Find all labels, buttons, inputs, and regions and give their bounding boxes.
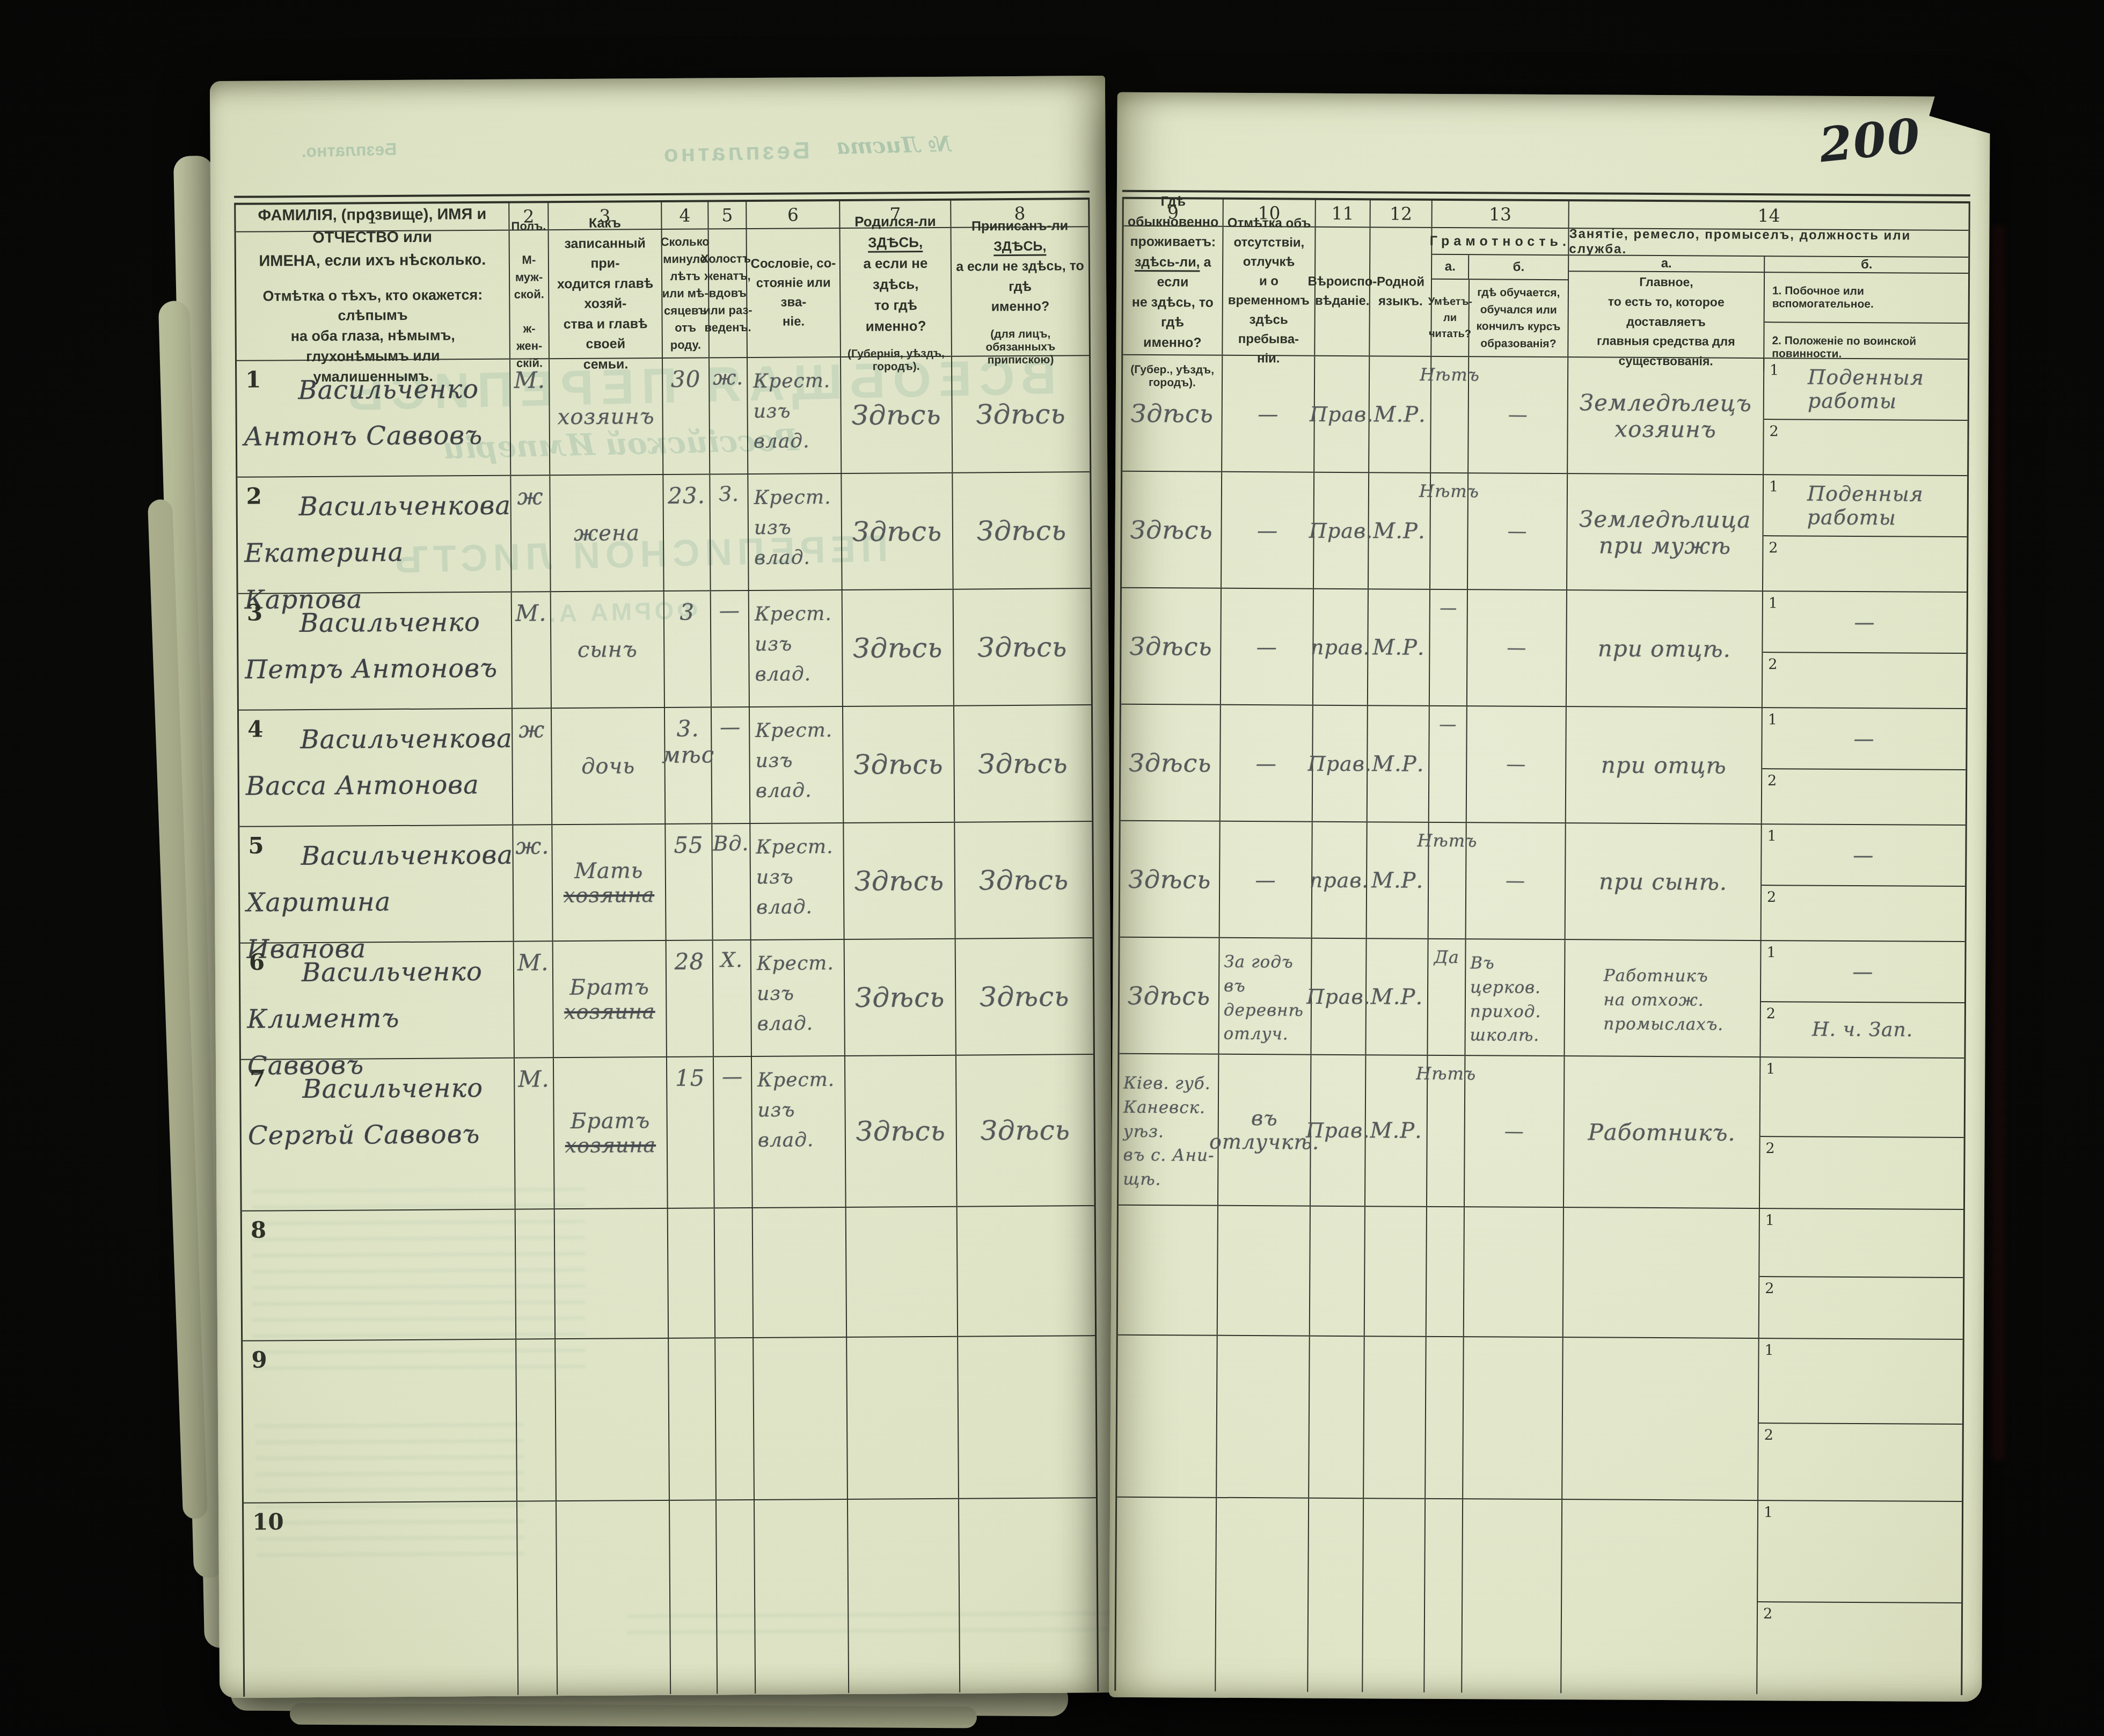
row-2-sub1-label: 1: [1769, 478, 1778, 495]
row-9-sub1-label: 1: [1765, 1342, 1774, 1359]
row-3-school: —: [1467, 590, 1567, 706]
row-8-religion: [1310, 1207, 1365, 1336]
row-8-sex: [516, 1209, 556, 1338]
row-3-number: 3: [247, 600, 263, 626]
row-5-sub1-label: 1: [1767, 828, 1777, 844]
row-5-registered: Здѣсь: [955, 822, 1092, 938]
row-9-resides: [1117, 1336, 1218, 1497]
row-1-occupation: Земледѣлецъ хозяинъ: [1568, 358, 1764, 474]
census-row-3-left: 3Васильченко Петръ АнтоновъМ.сынъ3—Крест…: [238, 589, 1091, 711]
census-row-9-right: 12: [1117, 1336, 1963, 1502]
census-table-left: 1 2 3 4 5 6 7 8 ФАМИЛІЯ, (прозвище), ИМЯ…: [234, 199, 1099, 1697]
row-1-absence: —: [1222, 356, 1315, 472]
row-5-side1-cell: 1—: [1762, 825, 1966, 887]
row-9-born: [847, 1337, 959, 1499]
row-7-absence: въ отлучкѣ.: [1218, 1055, 1311, 1206]
census-row-4-right: Здѣсь—Прав.М.Р.——при отцѣ1—2: [1121, 705, 1966, 826]
row-2-name-cell: 2Васильченкова Екатерина Карпова: [237, 476, 512, 593]
row-6-sub1-label: 1: [1766, 944, 1776, 961]
row-9-reads: [1426, 1337, 1464, 1498]
row-6-language: М.Р.: [1366, 939, 1428, 1055]
census-row-3-right: Здѣсь—прав.М.Р.——при отцѣ.1—2: [1121, 588, 1967, 709]
row-5-number: 5: [248, 833, 264, 859]
census-row-2-right: Здѣсь—Прав.М.Р.Нѣтъ—Земледѣлица при мужѣ…: [1122, 472, 1967, 593]
row-4-absence: —: [1221, 705, 1313, 821]
row-9-registered: [958, 1336, 1096, 1498]
row-10-born: [848, 1499, 960, 1693]
row-7-age: 15: [667, 1057, 715, 1208]
right-page: 200 9 10 11 12 13 14 Гдѣ обыкновенно про…: [1109, 92, 1990, 1702]
row-2-religion: Прав.: [1314, 473, 1369, 589]
row-4-born: Здѣсь: [843, 706, 955, 822]
col-3-header: Какъ записанный при- ходится главѣ хозяй…: [549, 230, 663, 358]
row-2-reads: Нѣтъ: [1430, 473, 1469, 589]
col-14b-header: 1. Побочное или вспомогательное. 2. Поло…: [1764, 273, 1968, 373]
row-4-side2-cell: 2: [1762, 769, 1966, 825]
row-8-side1-cell: 1: [1759, 1209, 1963, 1278]
row-5-age: 55: [666, 824, 713, 940]
row-10-relation: [557, 1501, 671, 1695]
col-11-header: Вѣроиспо- вѣданіе.: [1315, 228, 1370, 356]
row-9-estate: [754, 1338, 848, 1499]
row-3-religion: прав.: [1313, 589, 1369, 705]
row-7-sub1-label: 1: [1766, 1061, 1775, 1077]
column-headers-right: Гдѣ обыкновенно проживаетъ: здѣсь-ли, а …: [1123, 227, 1968, 360]
col-13b-header: гдѣ обучается, обучался или кончилъ курс…: [1469, 280, 1568, 356]
row-6-estate: Крест. изъ влад.: [751, 940, 845, 1056]
col-14b1-header: 1. Побочное или вспомогательное.: [1765, 273, 1968, 324]
col-14a-label: а.: [1569, 256, 1765, 272]
row-9-name-cell: 9: [243, 1340, 517, 1502]
col-10-header: Отмѣтка объ отсутствіи, отлучкѣ и о врем…: [1223, 227, 1316, 355]
row-10-sub1-label: 1: [1764, 1504, 1773, 1521]
col-14b-label: б.: [1765, 257, 1968, 273]
row-1-side-occupation: 1Поденныя работы2: [1764, 359, 1968, 475]
row-1-sub2-label: 2: [1769, 423, 1778, 440]
row-9-sub2-label: 2: [1764, 1427, 1773, 1443]
row-1-side2-cell: 2: [1764, 420, 1968, 475]
col-14a-header: Главное, то есть то, которое доставляетъ…: [1568, 272, 1765, 371]
bleedthrough-text: № Листа: [836, 132, 952, 159]
row-4-school: —: [1467, 706, 1567, 822]
census-row-5-left: 5Васильченкова Харитина Ивановаж.Матьхоз…: [239, 822, 1092, 944]
row-1-born: Здѣсь: [841, 357, 953, 473]
col-5-number: 5: [708, 201, 747, 228]
row-2-number: 2: [246, 483, 262, 509]
row-9-number: 9: [251, 1347, 267, 1373]
row-2-sex: ж: [511, 476, 551, 591]
row-8-school: [1464, 1207, 1564, 1337]
row-3-sub2-label: 2: [1768, 656, 1777, 673]
row-2-relation: жена: [550, 475, 664, 591]
row-5-religion: прав.: [1312, 822, 1368, 938]
row-7-side-occupation: 12: [1760, 1057, 1964, 1209]
row-6-religion: Прав.: [1311, 939, 1367, 1055]
row-1-relation: хозяинъ: [550, 359, 663, 475]
row-3-language: М.Р.: [1368, 589, 1430, 705]
row-6-name-cell: 6Васильченко Климентъ Саввовъ: [240, 942, 515, 1059]
row-8-registered: [958, 1206, 1095, 1336]
row-4-reads: —: [1429, 706, 1467, 822]
row-8-estate: [753, 1208, 847, 1337]
row-7-occupation: Работникъ.: [1564, 1056, 1760, 1208]
row-3-reads: —: [1430, 590, 1468, 705]
row-3-sex: М.: [512, 592, 552, 707]
row-9-side2-cell: 2: [1758, 1424, 1962, 1501]
row-4-occupation: при отцѣ: [1566, 707, 1763, 823]
row-7-reads: Нѣтъ: [1427, 1056, 1465, 1206]
row-8-born: [846, 1207, 958, 1337]
page-stack-edge: [290, 1703, 977, 1728]
row-10-absence: [1216, 1498, 1309, 1692]
row-5-relation: Матьхозяина: [552, 825, 666, 940]
census-row-1-left: 1Васильченко Антонъ СаввовъМ.хозяинъ30ж.…: [237, 356, 1090, 478]
col-13a-header: Умѣетъ- ли читать?: [1431, 280, 1470, 356]
occupation-title: Занятіе, ремесло, промыселъ, должность и…: [1569, 229, 1968, 258]
census-row-10-right: 12: [1116, 1498, 1962, 1695]
row-3-side-occupation: 1—2: [1763, 592, 1967, 708]
row-5-occupation: при сынѣ.: [1566, 823, 1762, 940]
row-8-side2-cell: 2: [1759, 1277, 1963, 1339]
row-2-born: Здѣсь: [842, 473, 953, 589]
row-7-side2-cell: 2: [1760, 1137, 1964, 1209]
col-13b-label: б.: [1469, 255, 1568, 279]
row-6-occupation: Работникъ на отхож. промыслахъ.: [1565, 940, 1761, 1056]
row-7-resides: Кіев. губ. Каневск. уѣз. въ с. Ани- щѣ.: [1119, 1054, 1219, 1205]
row-4-sex: ж: [513, 709, 552, 824]
col-6-header: Сословіе, со- стояніе или зва- ніе.: [747, 229, 841, 357]
row-1-resides: Здѣсь: [1122, 355, 1223, 471]
row-10-number: 10: [252, 1508, 284, 1535]
row-5-absence: —: [1220, 822, 1313, 938]
row-8-sub1-label: 1: [1765, 1212, 1774, 1229]
row-4-resides: Здѣсь: [1121, 705, 1221, 821]
row-1-registered: Здѣсь: [952, 356, 1090, 472]
row-3-marital: —: [711, 591, 750, 706]
row-7-registered: Здѣсь: [956, 1055, 1094, 1206]
col-13-header: Грамотность. а. б. Умѣетъ- ли читать? гд…: [1431, 228, 1569, 356]
row-8-relation: [555, 1209, 669, 1338]
census-row-6-left: 6Васильченко Климентъ СаввовъМ.Братъхозя…: [240, 938, 1093, 1060]
census-table-right: 9 10 11 12 13 14 Гдѣ обыкновенно прожива…: [1114, 199, 1970, 1695]
row-2-resides: Здѣсь: [1122, 472, 1222, 588]
row-10-age: [670, 1500, 718, 1694]
col-9-header: Гдѣ обыкновенно проживаетъ: здѣсь-ли, а …: [1123, 227, 1223, 355]
row-9-school: [1463, 1337, 1564, 1499]
row-8-resides: [1118, 1206, 1218, 1335]
row-6-side1-cell: 1—: [1761, 941, 1965, 1003]
row-1-estate: Крест. изъ влад.: [748, 358, 842, 473]
row-2-estate: Крест. изъ влад.: [748, 474, 842, 590]
row-9-occupation: [1562, 1338, 1759, 1500]
row-9-side1-cell: 1: [1759, 1339, 1963, 1425]
row-4-side-occupation: 1—2: [1762, 708, 1966, 825]
row-4-language: М.Р.: [1368, 706, 1430, 822]
row-10-school: [1462, 1499, 1562, 1693]
col-12-header: Родной языкъ.: [1370, 228, 1432, 356]
row-7-name-cell: 7Васильченко Сергѣй Саввовъ: [241, 1059, 516, 1210]
row-6-age: 28: [667, 940, 714, 1056]
row-10-side-occupation: 12: [1757, 1501, 1962, 1695]
row-2-sub2-label: 2: [1769, 539, 1778, 556]
census-row-5-right: Здѣсь—прав.М.Р.Нѣтъ—при сынѣ.1—2: [1120, 821, 1966, 942]
census-row-6-right: ЗдѣсьЗа годъ въ деревнѣ отлуч.Прав.М.Р.Д…: [1119, 938, 1964, 1059]
row-6-school: Въ церков. приход. школѣ.: [1465, 939, 1565, 1055]
row-10-language: [1363, 1499, 1426, 1693]
col-12-number: 12: [1371, 200, 1433, 227]
row-6-number: 6: [249, 949, 265, 975]
book-spine-edge: [1992, 225, 2004, 1460]
row-6-born: Здѣсь: [845, 939, 956, 1055]
row-10-side2-cell: 2: [1757, 1602, 1961, 1695]
row-4-name-cell: 4Васильченкова Васса Антонова: [239, 709, 513, 826]
col-14-number: 14: [1569, 201, 1969, 230]
row-8-marital: [715, 1208, 754, 1337]
row-5-born: Здѣсь: [844, 823, 955, 939]
row-1-religion: Прав.: [1314, 356, 1370, 472]
row-7-side1-cell: 1: [1760, 1057, 1964, 1138]
row-3-resides: Здѣсь: [1121, 588, 1222, 704]
row-3-relation: сынъ: [551, 592, 665, 707]
census-row-9-left: 9: [243, 1336, 1096, 1504]
row-10-resides: [1116, 1498, 1217, 1691]
row-9-religion: [1309, 1337, 1365, 1498]
row-1-number: 1: [245, 367, 261, 393]
row-3-absence: —: [1221, 589, 1314, 705]
row-9-language: [1364, 1337, 1427, 1498]
row-9-marital: [715, 1338, 755, 1499]
row-8-age: [668, 1208, 715, 1338]
row-5-marital: Вд.: [712, 824, 751, 939]
row-2-marital: З.: [710, 475, 749, 590]
row-10-estate: [755, 1500, 849, 1694]
row-5-side2-cell: 2: [1762, 886, 1966, 941]
row-5-school: —: [1466, 823, 1566, 939]
col-4-number: 4: [662, 201, 708, 229]
row-7-number: 7: [250, 1066, 266, 1092]
row-4-age: 3. мѣс: [665, 707, 712, 823]
row-6-sub2-label: 2: [1766, 1005, 1776, 1022]
handwritten-page-number: 200: [1817, 107, 1924, 173]
row-8-absence: [1218, 1206, 1311, 1336]
col-5-header: Холостъ, женатъ, вдовъ или раз- веденъ.: [709, 229, 748, 357]
row-3-name-cell: 3Васильченко Петръ Антоновъ: [238, 593, 513, 710]
row-1-sex: М.: [510, 359, 550, 475]
row-5-side-occupation: 1—2: [1762, 825, 1966, 941]
row-7-school: —: [1465, 1056, 1565, 1207]
row-9-relation: [556, 1339, 670, 1500]
torn-corner: [1929, 80, 2001, 134]
row-9-age: [669, 1338, 717, 1500]
row-2-absence: —: [1222, 472, 1314, 588]
row-7-relation: Братъхозяина: [554, 1057, 668, 1208]
census-row-7-left: 7Васильченко Сергѣй СаввовъМ.Братъхозяин…: [241, 1055, 1094, 1212]
row-10-registered: [959, 1498, 1097, 1693]
row-7-sub2-label: 2: [1765, 1140, 1774, 1157]
row-9-side-occupation: 12: [1758, 1339, 1963, 1501]
row-8-number: 8: [251, 1217, 267, 1243]
row-5-reads: Нѣтъ: [1429, 823, 1467, 938]
census-row-7-right: Кіев. губ. Каневск. уѣз. въ с. Ани- щѣ.в…: [1119, 1054, 1964, 1210]
census-row-1-right: Здѣсь—Прав.М.Р.Нѣтъ—Земледѣлецъ хозяинъ1…: [1122, 355, 1968, 476]
row-5-resides: Здѣсь: [1120, 821, 1221, 937]
row-10-reads: [1424, 1499, 1463, 1693]
row-4-name: Васильченкова Васса Антонова: [239, 709, 512, 810]
row-10-sex: [517, 1501, 558, 1695]
row-6-sex: М.: [514, 942, 554, 1057]
row-2-side2-cell: 2: [1763, 536, 1967, 592]
census-row-8-left: 8: [242, 1206, 1095, 1341]
row-10-name-cell: 10: [244, 1502, 518, 1697]
row-5-name-cell: 5Васильченкова Харитина Иванова: [239, 826, 514, 943]
row-7-name: Васильченко Сергѣй Саввовъ: [241, 1059, 514, 1159]
row-2-side1-cell: 1Поденныя работы: [1764, 475, 1968, 537]
census-row-2-left: 2Васильченкова Екатерина Карповажжена23.…: [237, 472, 1090, 594]
row-8-language: [1365, 1207, 1427, 1336]
bleedthrough-text: Безплатно: [661, 137, 810, 168]
row-5-sex: ж.: [513, 825, 553, 940]
row-4-sub1-label: 1: [1768, 711, 1777, 728]
row-4-religion: Прав.: [1313, 706, 1368, 822]
row-10-sub2-label: 2: [1763, 1606, 1772, 1622]
bleedthrough-text: Безплатно.: [301, 139, 397, 161]
row-6-absence: За годъ въ деревнѣ отлуч.: [1219, 938, 1312, 1054]
row-1-age: 30: [663, 358, 710, 474]
row-6-registered: Здѣсь: [956, 938, 1093, 1055]
row-2-school: —: [1468, 473, 1568, 589]
row-3-side2-cell: 2: [1763, 653, 1967, 708]
row-4-side1-cell: 1—: [1762, 708, 1966, 770]
row-6-resides: Здѣсь: [1119, 938, 1219, 1054]
row-6-marital: Х.: [713, 940, 752, 1056]
row-1-reads: Нѣтъ: [1431, 357, 1469, 472]
row-6-side-occupation: 1—2Н. ч. Зап.: [1760, 941, 1964, 1057]
col-7-header: Родился-ли ЗДѢСЬ, а если не здѣсь, то гд…: [841, 228, 952, 356]
row-3-sub1-label: 1: [1769, 595, 1778, 611]
census-rows-left: 1Васильченко Антонъ СаввовъМ.хозяинъ30ж.…: [237, 356, 1097, 1697]
col-11-number: 11: [1316, 200, 1371, 227]
row-7-marital: —: [714, 1057, 753, 1207]
row-7-born: Здѣсь: [845, 1056, 958, 1207]
row-3-estate: Крест. изъ влад.: [749, 590, 843, 706]
photo-background: Безплатно. Безплатно № Листа ВСЕОБЩАЯ ПЕ…: [0, 0, 2104, 1736]
col-8-header: Приписанъ-ли ЗДѢСЬ, а если не здѣсь, то …: [952, 227, 1089, 356]
row-8-reads: [1427, 1207, 1465, 1336]
row-1-sub1-label: 1: [1770, 362, 1779, 378]
row-4-sub2-label: 2: [1767, 772, 1777, 789]
row-8-name-cell: 8: [242, 1210, 516, 1340]
row-6-side2-cell: 2Н. ч. Зап.: [1760, 1002, 1964, 1057]
row-1-side1-cell: 1Поденныя работы: [1764, 359, 1968, 421]
row-3-occupation: при отцѣ.: [1567, 590, 1763, 707]
row-3-name: Васильченко Петръ Антоновъ: [238, 593, 512, 694]
row-3-side1-cell: 1—: [1763, 592, 1967, 654]
column-headers-left: ФАМИЛІЯ, (прозвище), ИМЯ и ОТЧЕСТВО или …: [236, 227, 1089, 361]
literacy-title: Грамотность.: [1432, 228, 1568, 256]
row-8-side-occupation: 12: [1759, 1209, 1963, 1339]
row-7-religion: Прав.: [1311, 1055, 1366, 1206]
row-8-sub2-label: 2: [1765, 1280, 1774, 1297]
row-8-occupation: [1564, 1208, 1760, 1338]
row-4-number: 4: [247, 716, 264, 742]
left-page: Безплатно. Безплатно № Листа ВСЕОБЩАЯ ПЕ…: [210, 76, 1115, 1698]
row-6-reads: Да: [1428, 939, 1466, 1055]
row-1-marital: ж.: [710, 358, 748, 473]
row-10-side1-cell: 1: [1758, 1501, 1962, 1603]
row-4-relation: дочь: [552, 708, 666, 824]
census-row-10-left: 10: [244, 1498, 1097, 1697]
row-4-registered: Здѣсь: [954, 705, 1092, 822]
row-9-absence: [1217, 1336, 1310, 1498]
row-5-estate: Крест. изъ влад.: [750, 823, 844, 939]
row-2-age: 23.: [663, 475, 711, 590]
row-4-estate: Крест. изъ влад.: [750, 707, 844, 823]
row-4-marital: —: [712, 707, 750, 823]
row-2-occupation: Земледѣлица при мужѣ: [1567, 474, 1764, 590]
row-3-age: 3: [664, 591, 712, 707]
col-14-header: Занятіе, ремесло, промыселъ, должность и…: [1568, 229, 1968, 359]
col-6-number: 6: [747, 201, 840, 228]
col-13-number: 13: [1433, 200, 1569, 228]
col-1-header-main: ФАМИЛІЯ, (прозвище), ИМЯ и ОТЧЕСТВО или …: [238, 203, 507, 272]
row-1-name-cell: 1Васильченко Антонъ Саввовъ: [237, 360, 511, 477]
row-10-occupation: [1561, 1500, 1758, 1694]
row-1-name: Васильченко Антонъ Саввовъ: [237, 360, 510, 461]
row-7-estate: Крест. изъ влад.: [752, 1056, 846, 1207]
row-2-side-occupation: 1Поденныя работы2: [1763, 475, 1967, 592]
census-rows-right: Здѣсь—Прав.М.Р.Нѣтъ—Земледѣлецъ хозяинъ1…: [1116, 355, 1968, 1695]
census-row-4-left: 4Васильченкова Васса Антоноваждочь3. мѣс…: [239, 705, 1092, 827]
col-13a-label: а.: [1432, 255, 1470, 279]
row-10-religion: [1308, 1499, 1364, 1693]
row-7-sex: М.: [515, 1058, 555, 1208]
col-1-header: ФАМИЛІЯ, (прозвище), ИМЯ и ОТЧЕСТВО или …: [236, 231, 510, 360]
row-9-sex: [516, 1339, 557, 1500]
row-5-sub2-label: 2: [1767, 889, 1776, 906]
row-6-relation: Братъхозяина: [553, 941, 667, 1057]
row-1-school: —: [1469, 357, 1568, 473]
row-2-registered: Здѣсь: [953, 472, 1090, 589]
row-3-born: Здѣсь: [843, 590, 954, 706]
census-row-8-right: 12: [1118, 1206, 1963, 1340]
row-3-registered: Здѣсь: [954, 589, 1091, 705]
col-2-header: Полъ. М-муж- ской. ж-жен- скій.: [510, 230, 550, 358]
row-10-marital: [717, 1500, 756, 1694]
